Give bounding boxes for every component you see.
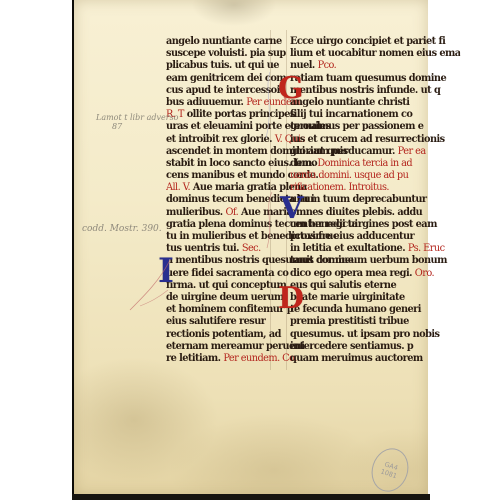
rubric-text: Ps. Eruc bbox=[408, 242, 445, 254]
right-text-column: Ecce uirgo concipiet et pariet fi lium e… bbox=[290, 35, 461, 364]
body-text: suscepe voluisti. pia sup bbox=[166, 47, 286, 59]
body-text: intercedere sentiamus. p bbox=[290, 340, 413, 352]
margin-note-text: Lamot t libr adverso bbox=[96, 113, 179, 122]
text-line: gnouimus per passionem e bbox=[290, 120, 461, 132]
rubric-text: rificationem. Introitus. bbox=[290, 181, 389, 193]
text-line: rificationem. Introitus. bbox=[290, 181, 461, 193]
text-line: uentu domini. usque ad pu bbox=[290, 169, 461, 181]
text-line: tauit cor meum uerbum bonum bbox=[290, 254, 461, 266]
body-text: dem. bbox=[290, 157, 315, 169]
text-line: eus qui salutis eterne bbox=[290, 279, 461, 291]
text-line: angelo nuntiante christi bbox=[290, 96, 461, 108]
margin-note-pencil: Lamot t libr adverso 87 bbox=[96, 113, 179, 131]
text-line: te fecunda humano generi bbox=[290, 303, 461, 315]
text-line: dico ego opera mea regi. Oro. bbox=[290, 267, 461, 279]
rubric-text: Dominica tercia in ad bbox=[317, 157, 412, 169]
flourish-decoration bbox=[262, 70, 278, 140]
text-line: ratiam tuam quesumus domine bbox=[290, 72, 461, 84]
text-line: ultum tuum deprecabuntur bbox=[290, 193, 461, 205]
body-text: et hominem confitemur p bbox=[166, 303, 293, 315]
body-text: ius et crucem ad resurrectionis bbox=[290, 133, 445, 145]
body-text: proxime eius adducentur bbox=[290, 230, 414, 242]
body-text: eius salutifere resur bbox=[166, 315, 265, 327]
body-text: tauit cor meum uerbum bonum bbox=[290, 254, 447, 266]
body-text: gloriam perducamur. bbox=[290, 145, 395, 157]
text-line: proxime eius adducentur bbox=[290, 230, 461, 242]
body-text: in letitia et exultatione. bbox=[290, 242, 405, 254]
text-line: filij tui incarnationem co bbox=[290, 108, 461, 120]
body-text: gnouimus per passionem e bbox=[290, 120, 423, 132]
initial-letter: V bbox=[280, 191, 303, 226]
text-line: nuel. Pco. bbox=[290, 59, 461, 71]
rubric-text: Pco. bbox=[318, 59, 337, 71]
body-text: filij tui incarnationem co bbox=[290, 108, 412, 120]
body-text: bus adiuuemur. bbox=[166, 96, 243, 108]
rubric-text: Oro. bbox=[415, 267, 434, 279]
text-line: intercedere sentiamus. p bbox=[290, 340, 461, 352]
body-text: rectionis potentiam, ad bbox=[166, 328, 281, 340]
margin-note-shelfmark: codd. Mostr. 390. bbox=[82, 224, 162, 234]
text-line: in letitia et exultatione. Ps. Eruc bbox=[290, 242, 461, 254]
body-text: ultum tuum deprecabuntur bbox=[290, 193, 426, 205]
text-line: dem. Dominica tercia in ad bbox=[290, 157, 461, 169]
text-line: quam meruimus auctorem bbox=[290, 352, 461, 364]
body-text: de uirgine deum uerum bbox=[166, 291, 284, 303]
body-text: mulieribus. bbox=[166, 206, 223, 218]
body-text: quesumus. ut ipsam pro nobis bbox=[290, 328, 439, 340]
body-text: uere fidei sacramenta co bbox=[166, 267, 288, 279]
text-line: omnes diuites plebis. addu bbox=[290, 206, 461, 218]
margin-note-number: 87 bbox=[96, 122, 179, 131]
rubric-text: All. V. bbox=[166, 181, 190, 193]
flourish-decoration bbox=[120, 250, 180, 320]
rubric-text: Of. bbox=[225, 206, 238, 218]
text-line: Ecce uirgo concipiet et pariet fi bbox=[290, 35, 461, 47]
body-text: centur regi uirgines post eam bbox=[290, 218, 437, 230]
body-text: ratiam tuam quesumus domine bbox=[290, 72, 446, 84]
initial-v-blue: V bbox=[280, 194, 303, 224]
body-text: angelo nuntiante christi bbox=[290, 96, 409, 108]
body-text: mentibus nostris infunde. ut q bbox=[290, 84, 440, 96]
flourish-decoration bbox=[262, 190, 278, 250]
text-line: ius et crucem ad resurrectionis bbox=[290, 133, 461, 145]
text-line: quesumus. ut ipsam pro nobis bbox=[290, 328, 461, 340]
body-text: lium et uocabitur nomen eius ema bbox=[290, 47, 461, 59]
body-text: premia prestitisti tribue bbox=[290, 315, 409, 327]
body-text: firma. ut qui conceptum bbox=[166, 279, 286, 291]
text-line: lium et uocabitur nomen eius ema bbox=[290, 47, 461, 59]
initial-d-red: D bbox=[278, 284, 304, 314]
body-text: te fecunda humano generi bbox=[290, 303, 421, 315]
body-text: et introibit rex glorie. bbox=[166, 133, 272, 145]
text-line: centur regi uirgines post eam bbox=[290, 218, 461, 230]
body-text: dico ego opera mea regi. bbox=[290, 267, 412, 279]
body-text: omnes diuites plebis. addu bbox=[290, 206, 422, 218]
body-text: beate marie uirginitate bbox=[290, 291, 405, 303]
body-text: Ecce uirgo concipiet et pariet fi bbox=[290, 35, 445, 47]
margin-note-text: codd. Mostr. 390. bbox=[82, 224, 162, 234]
body-text: eternam mereamur perueni bbox=[166, 340, 304, 352]
body-text: re letitiam. bbox=[166, 352, 220, 364]
rubric-text: Per ea bbox=[398, 145, 426, 157]
rubric-text: Sec. bbox=[242, 242, 261, 254]
body-text: ollite portas principes bbox=[187, 108, 295, 120]
body-text: nuel. bbox=[290, 59, 315, 71]
text-line: beate marie uirginitate bbox=[290, 291, 461, 303]
initial-letter: G bbox=[278, 71, 304, 106]
text-line: mentibus nostris infunde. ut q bbox=[290, 84, 461, 96]
initial-g-red: G bbox=[278, 74, 304, 104]
body-text: angelo nuntiante carne bbox=[166, 35, 282, 47]
rubric-text: uentu domini. usque ad pu bbox=[290, 169, 408, 181]
rubric-text: Per eundem. Co. bbox=[223, 352, 296, 364]
body-text: quam meruimus auctorem bbox=[290, 352, 423, 364]
page-bottom-edge-shadow bbox=[72, 494, 430, 500]
initial-letter: D bbox=[278, 281, 304, 316]
text-line: premia prestitisti tribue bbox=[290, 315, 461, 327]
body-text: eus qui salutis eterne bbox=[290, 279, 396, 291]
text-line: gloriam perducamur. Per ea bbox=[290, 145, 461, 157]
